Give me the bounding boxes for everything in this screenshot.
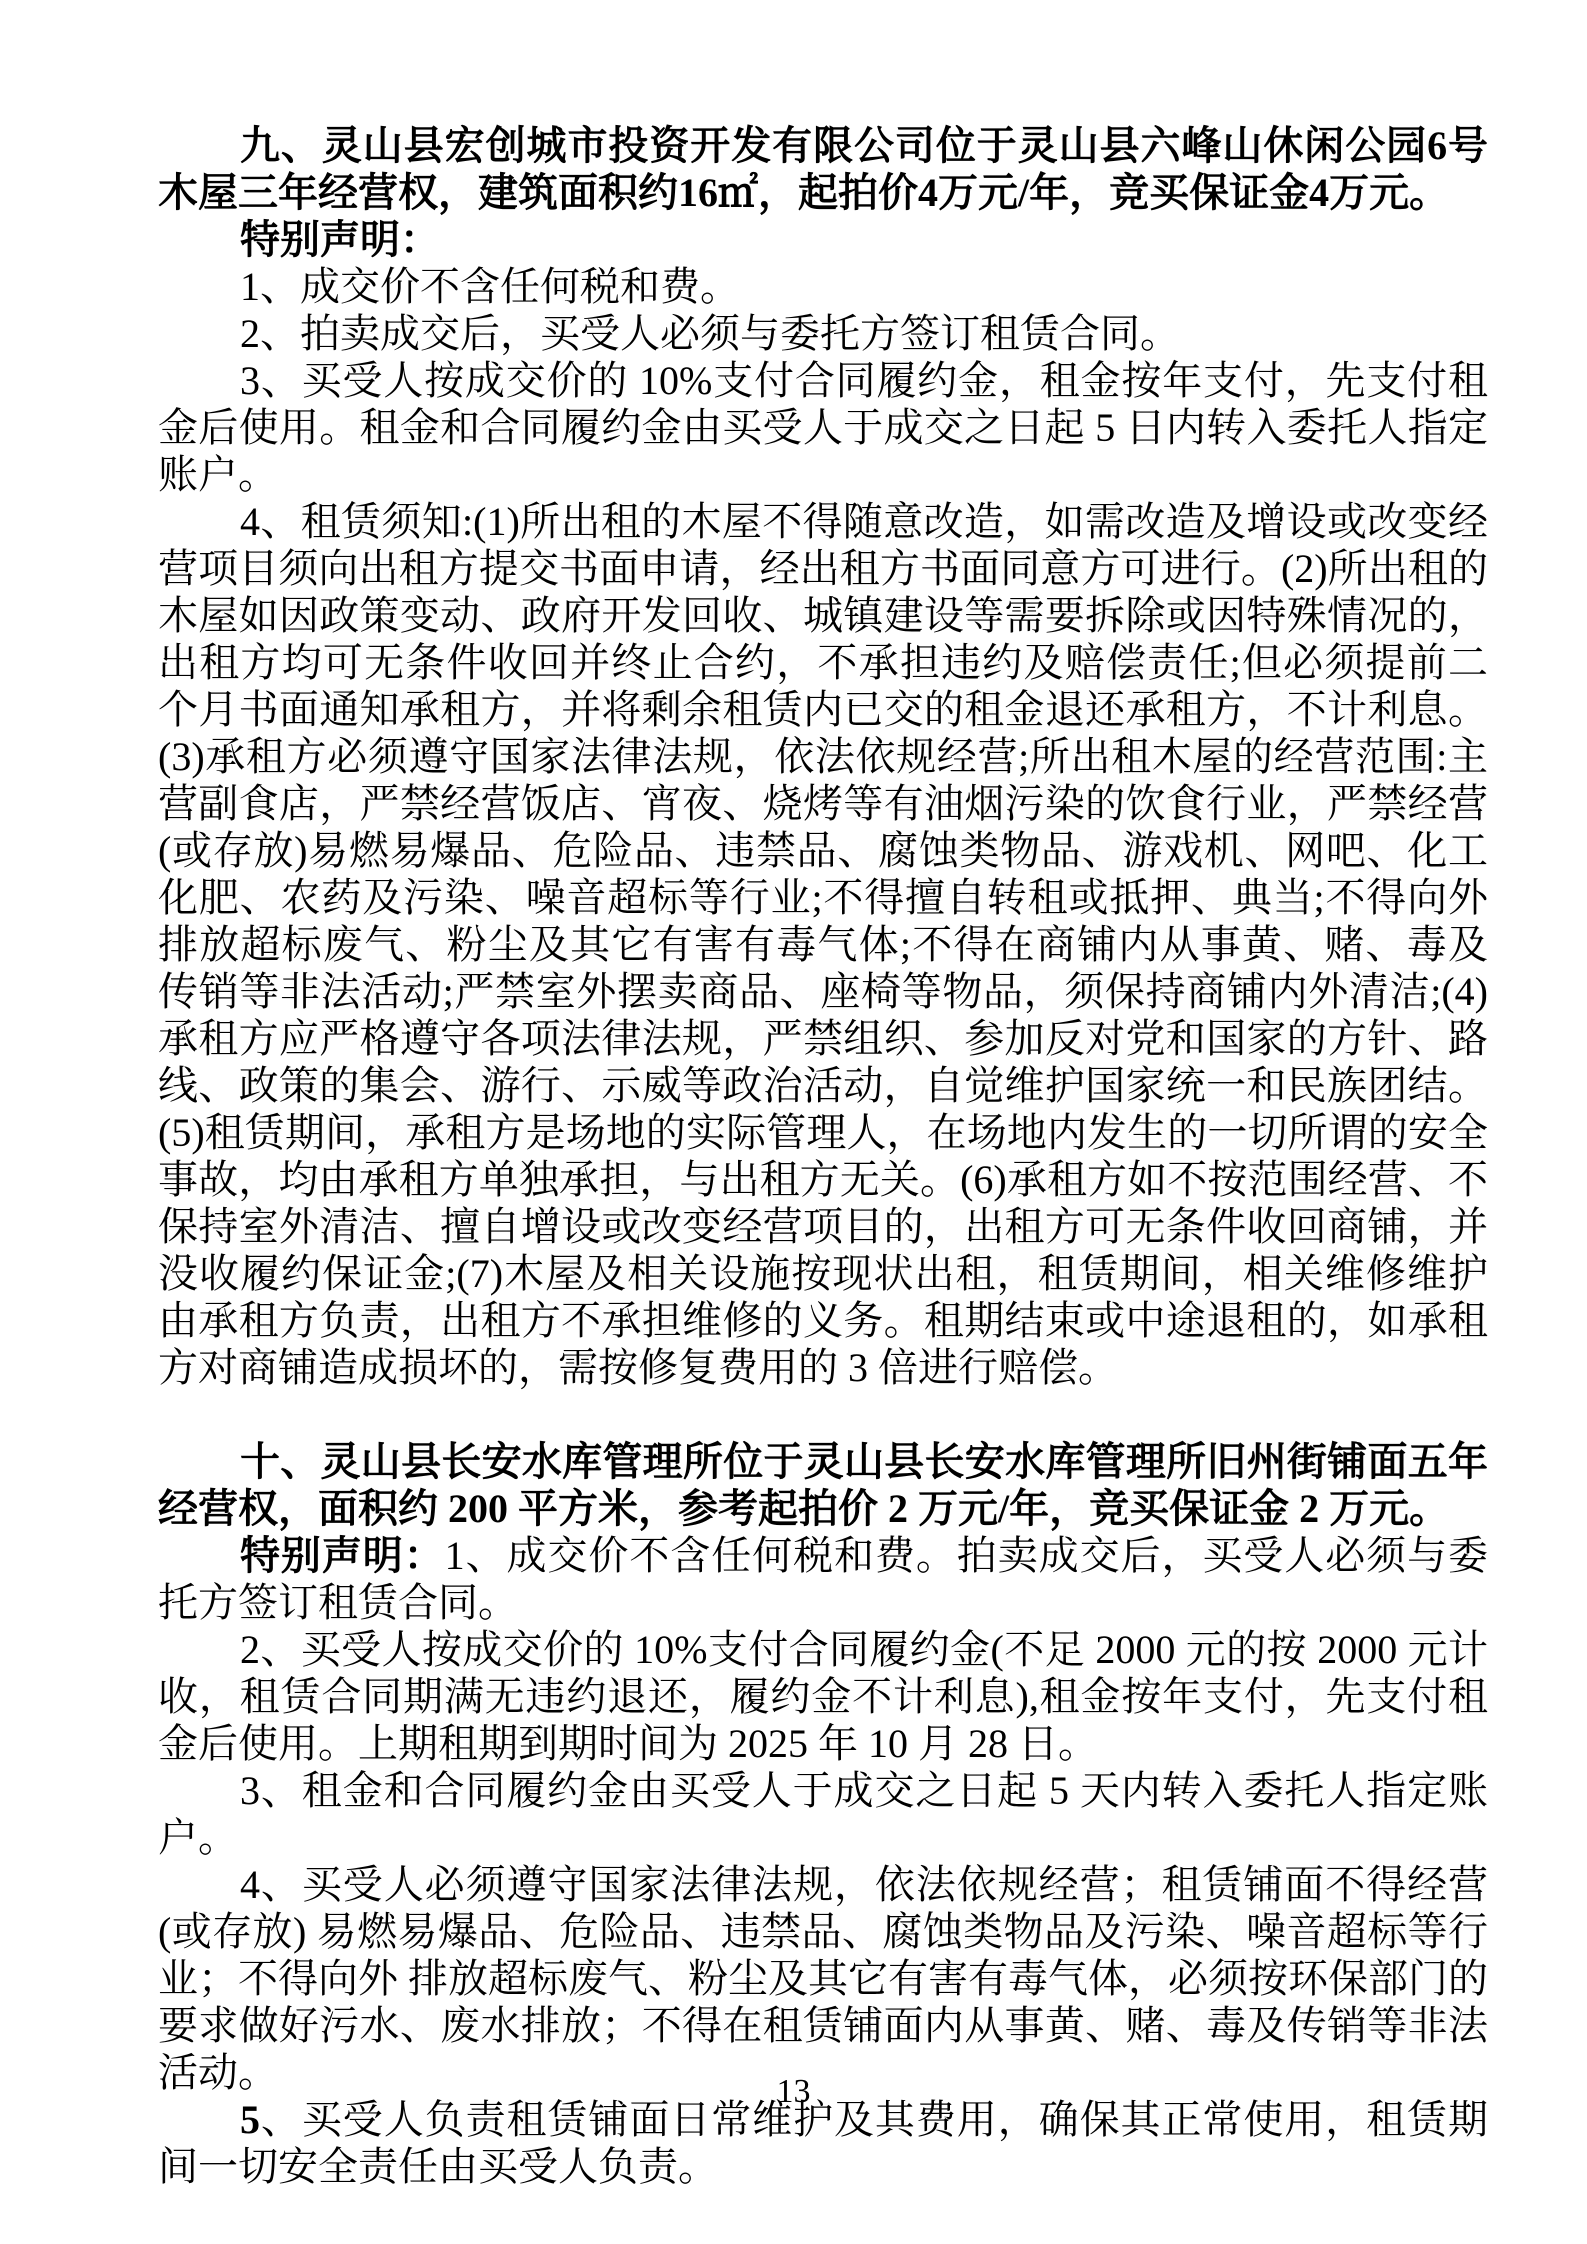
paragraph: 2、买受人按成交价的 10%支付合同履约金(不足 2000 元的按 2000 元… bbox=[158, 1626, 1488, 1767]
text-run: 4、买受人必须遵守国家法律法规，依法依规经营；租赁铺面不得经营(或存放) 易燃易… bbox=[158, 1862, 1488, 2095]
paragraph: 2、拍卖成交后，买受人必须与委托方签订租赁合同。 bbox=[158, 310, 1488, 357]
text-run: 特别声明： bbox=[240, 217, 440, 262]
text-run: 十、灵山县长安水库管理所位于灵山县长安水库管理所旧州街铺面五年经营权，面积约 2… bbox=[158, 1439, 1488, 1531]
document-page: 九、灵山县宏创城市投资开发有限公司位于灵山县六峰山休闲公园6号木屋三年经营权，建… bbox=[0, 0, 1587, 2244]
paragraph: 3、买受人按成交价的 10%支付合同履约金，租金按年支付，先支付租金后使用。租金… bbox=[158, 357, 1488, 498]
text-run: 特别声明： bbox=[240, 1533, 445, 1578]
document-body: 九、灵山县宏创城市投资开发有限公司位于灵山县六峰山休闲公园6号木屋三年经营权，建… bbox=[158, 122, 1488, 2190]
paragraph: 特别声明：1、成交价不含任何税和费。拍卖成交后，买受人必须与委托方签订租赁合同。 bbox=[158, 1532, 1488, 1626]
blank-line bbox=[158, 1391, 1488, 1438]
text-run: 3、买受人按成交价的 10%支付合同履约金，租金按年支付，先支付租金后使用。租金… bbox=[158, 358, 1488, 497]
paragraph: 1、成交价不含任何税和费。 bbox=[158, 263, 1488, 310]
paragraph: 3、租金和合同履约金由买受人于成交之日起 5 天内转入委托人指定账户。 bbox=[158, 1767, 1488, 1861]
paragraph: 特别声明： bbox=[158, 216, 1488, 263]
paragraph: 九、灵山县宏创城市投资开发有限公司位于灵山县六峰山休闲公园6号木屋三年经营权，建… bbox=[158, 122, 1488, 216]
text-run: 2、拍卖成交后，买受人必须与委托方签订租赁合同。 bbox=[240, 311, 1180, 356]
text-run: 1、成交价不含任何税和费。 bbox=[240, 264, 740, 309]
text-run: 九、灵山县宏创城市投资开发有限公司位于灵山县六峰山休闲公园6号木屋三年经营权，建… bbox=[158, 123, 1488, 215]
page-number: 13 bbox=[0, 2072, 1587, 2112]
text-run: 3、租金和合同履约金由买受人于成交之日起 5 天内转入委托人指定账户。 bbox=[158, 1768, 1488, 1860]
text-run: 2、买受人按成交价的 10%支付合同履约金(不足 2000 元的按 2000 元… bbox=[158, 1627, 1488, 1766]
paragraph: 4、租赁须知:(1)所出租的木屋不得随意改造，如需改造及增设或改变经营项目须向出… bbox=[158, 498, 1488, 1391]
paragraph: 4、买受人必须遵守国家法律法规，依法依规经营；租赁铺面不得经营(或存放) 易燃易… bbox=[158, 1861, 1488, 2096]
text-run: 4、租赁须知:(1)所出租的木屋不得随意改造，如需改造及增设或改变经营项目须向出… bbox=[158, 499, 1488, 1390]
paragraph: 十、灵山县长安水库管理所位于灵山县长安水库管理所旧州街铺面五年经营权，面积约 2… bbox=[158, 1438, 1488, 1532]
